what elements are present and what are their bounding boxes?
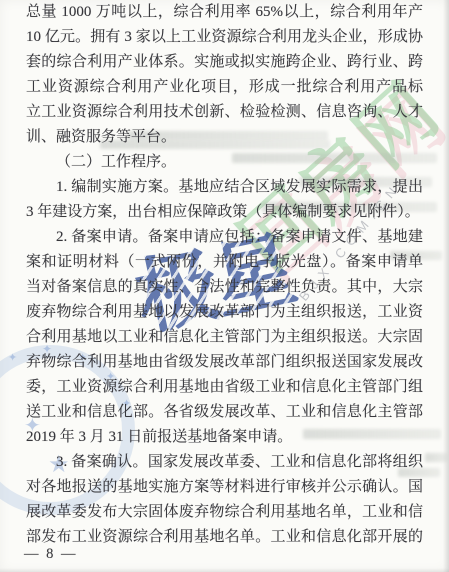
section-heading: （二）工作程序。 (26, 150, 423, 175)
text-line: 部发布工业资源综合利用基地名单。工业和信息化部开展的第一 (26, 525, 423, 550)
star-icon: ✦ (8, 352, 17, 363)
text-line: 送工业和信息化部。各省级发展改革、工业和信息化主管部门于 (26, 400, 423, 425)
text-line: 训、融资服务等平台。 (26, 125, 423, 150)
text-line: 3. 备案确认。国家发展改革委、工业和信息化部将组织专家 (26, 450, 423, 475)
text-line: 3 年建设方案，出台相应保障政策（具体编制要求见附件）。 (26, 200, 423, 225)
text-line: 案和证明材料（一式两份，并附电子版光盘）。备案申请单位应 (26, 250, 423, 275)
page-edge-shading (0, 568, 449, 572)
text-line: 1. 编制实施方案。基地应结合区域发展实际需求，提出基地 (26, 175, 423, 200)
text-line: 总量 1000 万吨以上，综合利用率 65%以上，综合利用年产值超过 (26, 0, 423, 25)
text-line: 2019 年 3 月 31 日前报送基地备案申请。 (26, 425, 423, 450)
text-line: 弃物综合利用基地由省级发展改革部门组织报送国家发展改革 (26, 350, 423, 375)
text-line: 合利用基地以工业和信息化主管部门为主组织报送。大宗固体废 (26, 325, 423, 350)
text-line: 2. 备案申请。备案申请应包括：备案申请文件、基地建设方 (26, 225, 423, 250)
text-line: 10 亿元。拥有 3 家以上工业资源综合利用龙头企业，形成协作配 (26, 25, 423, 50)
text-line: 对各地报送的基地实施方案等材料进行审核并公示确认。国家发 (26, 475, 423, 500)
text-line: 工业资源综合利用产业化项目，形成一批综合利用产品标准，建 (26, 75, 423, 100)
page-number: — 8 — (24, 546, 78, 563)
document-page: 回房网 回房网 BJX.COM.CN 极星 ✦ ✦ ✦ ✦ ✦ ✦ ★ 总量 1… (0, 0, 449, 572)
page-edge-shading (443, 0, 449, 572)
text-line: 委，工业资源综合利用基地由省级工业和信息化主管部门组织报 (26, 375, 423, 400)
text-line: 展改革委发布大宗固体废弃物综合利用基地名单，工业和信息化 (26, 500, 423, 525)
text-line: 废弃物综合利用基地以发展改革部门为主组织报送，工业资源综 (26, 300, 423, 325)
text-line: 当对备案信息的真实性、合法性和完整性负责。其中，大宗固体 (26, 275, 423, 300)
text-line: 立工业资源综合利用技术创新、检验检测、信息咨询、人才培 (26, 100, 423, 125)
body-text: 总量 1000 万吨以上，综合利用率 65%以上，综合利用年产值超过 10 亿元… (26, 0, 423, 550)
text-line: 套的综合利用产业体系。实施或拟实施跨企业、跨行业、跨区域 (26, 50, 423, 75)
